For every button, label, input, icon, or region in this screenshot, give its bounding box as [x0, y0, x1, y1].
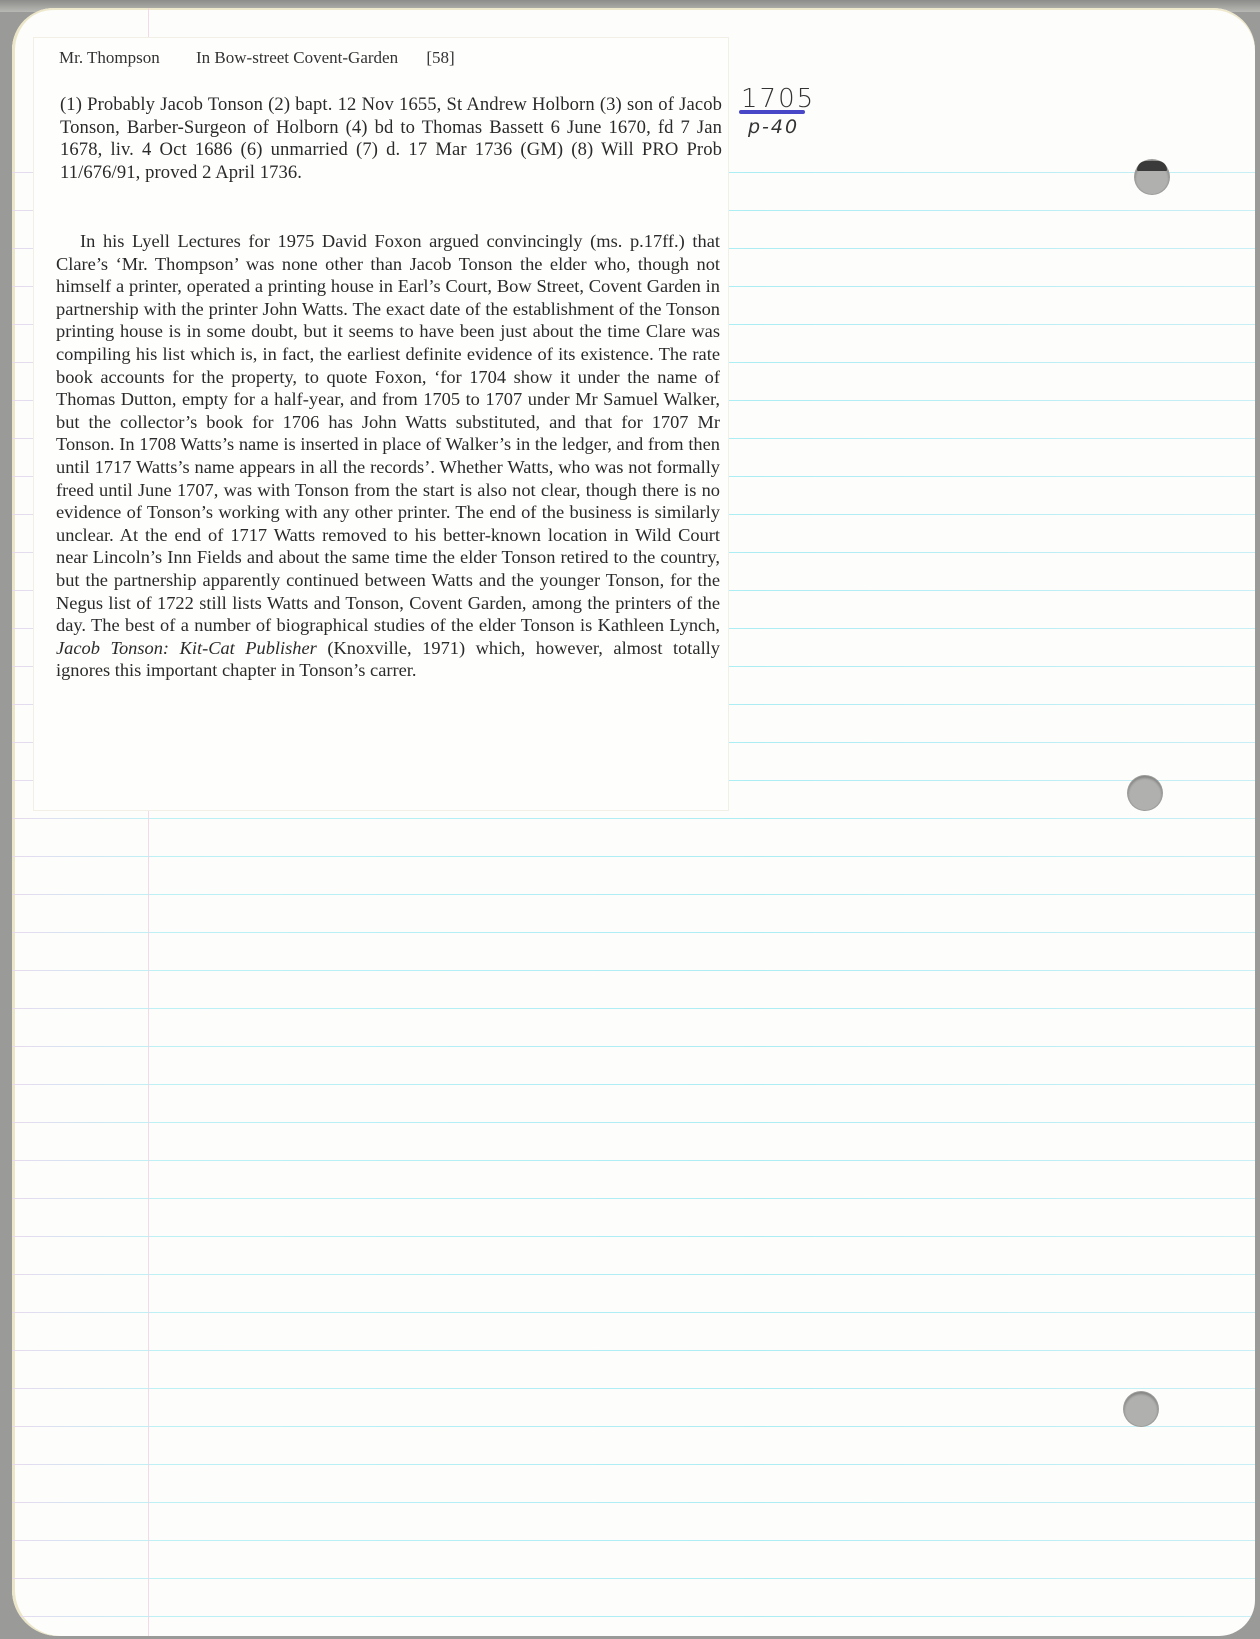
ruled-line [12, 1502, 1255, 1503]
ruled-line [12, 1236, 1255, 1237]
ruled-line [12, 1616, 1255, 1617]
notebook-page: Mr. Thompson In Bow-street Covent-Garden… [12, 8, 1255, 1636]
ruled-line [12, 1084, 1255, 1085]
ruled-line [12, 1426, 1255, 1427]
ruled-line [12, 818, 1255, 819]
handwritten-underline [739, 110, 805, 114]
ruled-line [12, 1388, 1255, 1389]
ruled-line [12, 856, 1255, 857]
ruled-line [12, 1312, 1255, 1313]
ruled-line [12, 1122, 1255, 1123]
pasted-text-slip: Mr. Thompson In Bow-street Covent-Garden… [34, 38, 728, 810]
binder-hole-bottom [1124, 1392, 1158, 1426]
ruled-line [12, 932, 1255, 933]
ruled-line [12, 1578, 1255, 1579]
ruled-line [12, 1540, 1255, 1541]
running-head-number: [58] [426, 48, 454, 68]
ruled-line [12, 1046, 1255, 1047]
essay-paragraph: In his Lyell Lectures for 1975 David Fox… [56, 230, 720, 682]
ruled-line [12, 894, 1255, 895]
ruled-line [12, 1198, 1255, 1199]
ruled-line [12, 1350, 1255, 1351]
ruled-line [12, 1008, 1255, 1009]
ruled-line [12, 1160, 1255, 1161]
running-head-name: Mr. Thompson [59, 48, 160, 68]
book-title: Jacob Tonson: Kit-Cat Publisher [56, 638, 317, 658]
ruled-line [12, 970, 1255, 971]
ruled-line [12, 1464, 1255, 1465]
running-head: Mr. Thompson In Bow-street Covent-Garden… [59, 48, 455, 68]
biographical-notes: (1) Probably Jacob Tonson (2) bapt. 12 N… [60, 94, 722, 184]
running-head-place: In Bow-street Covent-Garden [196, 48, 398, 68]
essay-text-part1: In his Lyell Lectures for 1975 David Fox… [56, 231, 720, 635]
handwritten-page-ref: p-40 [748, 116, 799, 138]
ruled-line [12, 1274, 1255, 1275]
binder-hole-top [1135, 160, 1169, 194]
binder-hole-middle [1128, 776, 1162, 810]
